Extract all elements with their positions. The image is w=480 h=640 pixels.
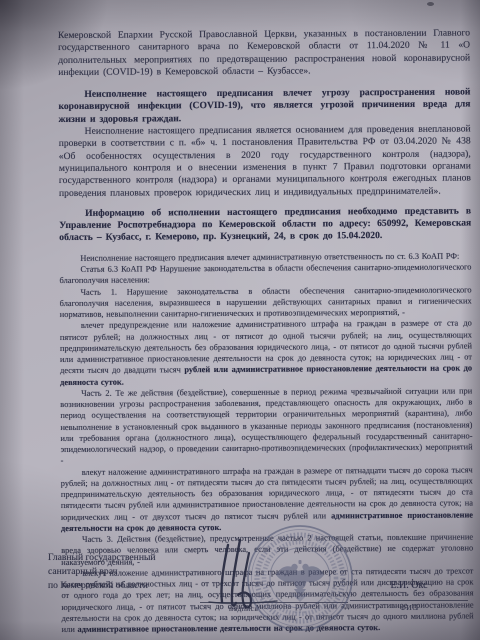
name-line — [350, 600, 468, 601]
paragraph-text: Информацию об исполнении настоящего пред… — [59, 205, 471, 243]
stamp-bottom-marks: * * * — [294, 611, 306, 617]
signer-title-line: Главный государственный — [48, 551, 218, 565]
document-photo: Кемеровской Епархии Русской Православной… — [0, 0, 480, 640]
paragraph-text: Часть 1. Нарушение законодательства в об… — [60, 285, 472, 319]
handwritten-signature — [197, 531, 291, 617]
paragraph-text: Неисполнение настоящего предписания влеч… — [58, 87, 470, 125]
signer-title-line: санитарный врач — [48, 565, 218, 579]
warning-threat-paragraph: Неисполнение настоящего предписания влеч… — [58, 87, 470, 126]
unscheduled-inspection-paragraph: Неисполнение настоящего предписания явля… — [59, 124, 471, 200]
signer-title: Главный государственный санитарный врач … — [48, 551, 218, 592]
part2-paragraph: Часть 2. Те же действия (бездействие), с… — [60, 385, 472, 466]
paragraph-text: Статья 6.3 КоАП РФ Нарушение законодател… — [60, 262, 472, 285]
intro-continuation-paragraph: Кемеровской Епархии Русской Православной… — [58, 27, 470, 79]
signer-title-line: по Кемеровской области — [48, 579, 218, 593]
article-title-paragraph: Статья 6.3 КоАП РФ Нарушение законодател… — [59, 261, 471, 286]
part1-paragraph: Часть 1. Нарушение законодательства в об… — [60, 284, 472, 320]
paragraph-text: Кемеровской Епархии Русской Православной… — [58, 27, 470, 77]
name-caption: ФИО — [350, 603, 468, 612]
part1-sanctions-paragraph: влечет предупреждение или наложение адми… — [60, 318, 472, 388]
paragraph-text: Неисполнение настоящего предписания явля… — [59, 124, 471, 199]
report-info-paragraph: Информацию об исполнении настоящего пред… — [59, 205, 471, 244]
paper-speck — [427, 2, 434, 6]
paragraph-text: Часть 2. Те же действия (бездействие), с… — [60, 386, 472, 465]
signer-name: Е.И. Окс — [350, 580, 468, 591]
